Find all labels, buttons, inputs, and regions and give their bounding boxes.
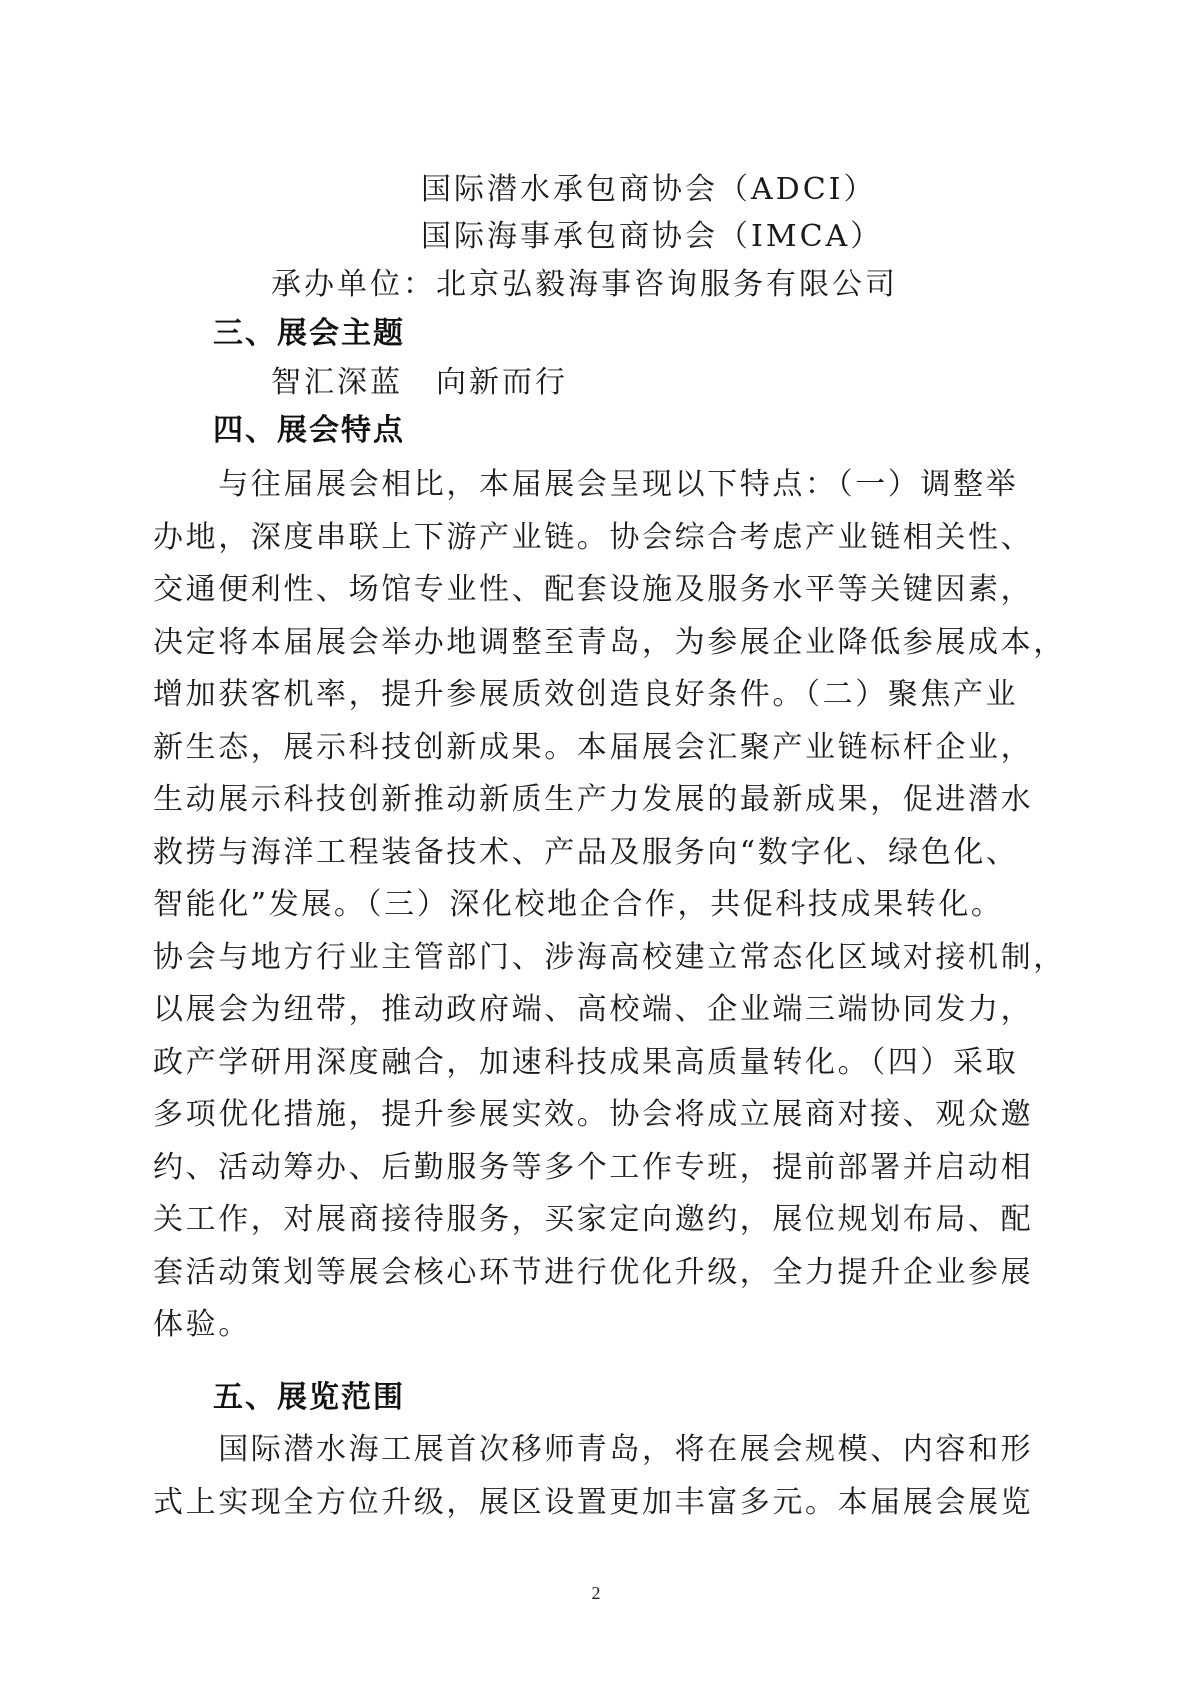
paragraph-line: 决定将本届展会举办地调整至青岛，为参展企业降低参展成本， <box>153 617 1038 670</box>
paragraph-line: 救捞与海洋工程装备技术、产品及服务向“数字化、绿色化、 <box>153 827 1038 880</box>
paragraph-line: 增加获客机率，提升参展质效创造良好条件。（二）聚焦产业 <box>153 669 1038 722</box>
section-3-heading: 三、展会主题 <box>213 314 405 354</box>
paragraph-line: 智能化”发展。（三）深化校地企合作，共促科技成果转化。 <box>153 879 1038 932</box>
undertaker-label: 承办单位： <box>271 267 436 302</box>
paragraph-line: 以展会为纽带，推动政府端、高校端、企业端三端协同发力， <box>153 984 1038 1037</box>
paragraph-line: 多项优化措施，提升参展实效。协会将成立展商对接、观众邀 <box>153 1089 1038 1142</box>
section-5-body: 国际潜水海工展首次移师青岛，将在展会规模、内容和形 式上实现全方位升级，展区设置… <box>153 1424 1038 1529</box>
paragraph-line: 协会与地方行业主管部门、涉海高校建立常态化区域对接机制， <box>153 932 1038 985</box>
co-organizer-adci: 国际潜水承包商协会（ADCI） <box>421 170 877 210</box>
paragraph-line: 生动展示科技创新推动新质生产力发展的最新成果，促进潜水 <box>153 774 1038 827</box>
paragraph-line: 约、活动筹办、后勤服务等多个工作专班，提前部署并启动相 <box>153 1142 1038 1195</box>
paragraph-line: 与往届展会相比，本届展会呈现以下特点：（一）调整举 <box>153 459 1038 512</box>
co-organizer-imca: 国际海事承包商协会（IMCA） <box>421 217 883 257</box>
section-5-heading: 五、展览范围 <box>213 1378 405 1418</box>
undertaker-line: 承办单位：北京弘毅海事咨询服务有限公司 <box>271 265 898 305</box>
section-4-heading: 四、展会特点 <box>213 411 405 451</box>
exhibition-theme: 智汇深蓝 向新而行 <box>271 363 568 403</box>
page-number: 2 <box>0 1583 1192 1604</box>
paragraph-line: 办地，深度串联上下游产业链。协会综合考虑产业链相关性、 <box>153 512 1038 565</box>
paragraph-line: 关工作，对展商接待服务，买家定向邀约，展位规划布局、配 <box>153 1194 1038 1247</box>
paragraph-line: 政产学研用深度融合，加速科技成果高质量转化。（四）采取 <box>153 1037 1038 1090</box>
section-4-body: 与往届展会相比，本届展会呈现以下特点：（一）调整举 办地，深度串联上下游产业链。… <box>153 459 1038 1352</box>
paragraph-line: 新生态，展示科技创新成果。本届展会汇聚产业链标杆企业， <box>153 722 1038 775</box>
paragraph-line: 交通便利性、场馆专业性、配套设施及服务水平等关键因素， <box>153 564 1038 617</box>
document-page: 国际潜水承包商协会（ADCI） 国际海事承包商协会（IMCA） 承办单位：北京弘… <box>0 0 1192 1685</box>
paragraph-line: 式上实现全方位升级，展区设置更加丰富多元。本届展会展览 <box>153 1477 1038 1530</box>
paragraph-line: 国际潜水海工展首次移师青岛，将在展会规模、内容和形 <box>153 1424 1038 1477</box>
paragraph-line: 体验。 <box>153 1299 1038 1352</box>
paragraph-line: 套活动策划等展会核心环节进行优化升级，全力提升企业参展 <box>153 1247 1038 1300</box>
undertaker-name: 北京弘毅海事咨询服务有限公司 <box>436 267 898 302</box>
